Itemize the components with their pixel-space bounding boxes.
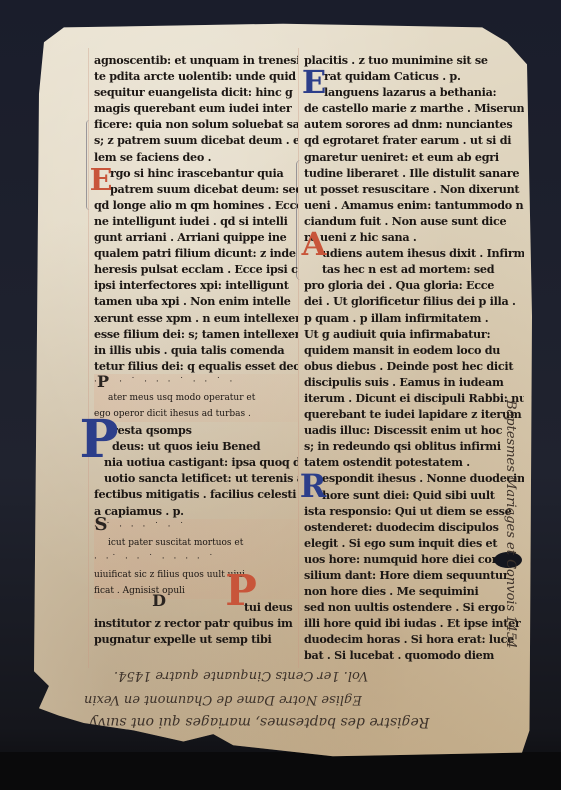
text-line: heresis pulsat ecclam . Ecce ipsi ceci bbox=[94, 261, 298, 277]
initial-E-red: E bbox=[92, 164, 110, 196]
text-line: institutor z rector patr quibus im bbox=[94, 615, 298, 631]
text-line: resta qsomps bbox=[94, 422, 298, 438]
chant-text-line: icut pater suscitat mortuos et bbox=[94, 535, 298, 551]
text-line: placitis . z tuo munimine sit se bbox=[304, 52, 524, 68]
text-line: autem sorores ad dnm: nunciantes bbox=[304, 116, 524, 132]
text-line: esse filium dei: s; tamen intellexerunt bbox=[94, 326, 298, 342]
text-line: s; in redeundo qsi oblitus infirmi bbox=[304, 438, 524, 454]
chant-text-line: ficat . Agnisist opuli bbox=[94, 583, 298, 599]
chant-text-line: ater meus usq modo operatur et bbox=[94, 390, 298, 406]
text-line: discipulis suis . Eamus in iudeam bbox=[304, 374, 524, 390]
text-line: languens lazarus a bethania: bbox=[304, 84, 524, 100]
initial-P-neume: P bbox=[96, 372, 110, 390]
text-line: qualem patri filium dicunt: z inde bbox=[94, 245, 298, 261]
left-text-column: agnoscentib: et unquam in trenesi me te … bbox=[94, 52, 298, 647]
text-line: quidem mansit in eodem loco du bbox=[304, 342, 524, 358]
text-line: udiens autem ihesus dixit . Infirmi bbox=[304, 245, 524, 261]
text-line: re ueni z hic sana . bbox=[304, 229, 524, 245]
text-line: tas hec n est ad mortem: sed bbox=[304, 261, 524, 277]
text-line: lem se faciens deo . bbox=[94, 149, 298, 165]
text-line: illi hore quid ibi iudas . Et ipse inter bbox=[304, 615, 524, 631]
text-line: non hore dies . Me sequimini bbox=[304, 583, 524, 599]
chant-text-line: uiuificat sic z filius quos uult uiui bbox=[94, 567, 298, 583]
text-line: tetur filius dei: q equalis esset deo . bbox=[94, 358, 298, 374]
text-line: ne intelligunt iudei . qd si intelli bbox=[94, 213, 298, 229]
text-line: tamen uba xpi . Non enim intelle bbox=[94, 293, 298, 309]
text-line: rgo si hinc irascebantur quia bbox=[94, 165, 298, 181]
initial-R-blue: R bbox=[302, 470, 324, 502]
text-line: xerunt esse xpm . n eum intellexerunt bbox=[94, 310, 298, 326]
text-line: gnaretur ueniret: et eum ab egri bbox=[304, 149, 524, 165]
initial-D-ornamental: D bbox=[149, 590, 169, 610]
text-line: obus diebus . Deinde post hec dicit bbox=[304, 358, 524, 374]
text-line: p quam . p illam infirmitatem . bbox=[304, 310, 524, 326]
text-line: de castello marie z marthe . Miserunt bbox=[304, 100, 524, 116]
neume-staff: · ˙ · ˙ · · · ˙ · · ˙ · bbox=[94, 374, 298, 390]
right-text-column: placitis . z tuo munimine sit se rat qui… bbox=[304, 52, 524, 664]
text-line: ciandum fuit . Non ause sunt dice bbox=[304, 213, 524, 229]
text-line: uadis illuc: Discessit enim ut hoc bbox=[304, 422, 524, 438]
text-line: uos hore: numquid hore diei con bbox=[304, 551, 524, 567]
text-line: pro gloria dei . Qua gloria: Ecce bbox=[304, 277, 524, 293]
text-line: sed non uultis ostendere . Si ergo bbox=[304, 599, 524, 615]
inscription-right-margin: Baptesmes Mariages et Convois 1454 bbox=[503, 400, 518, 648]
chant-text-line: ego operor dicit ihesus ad turbas . bbox=[94, 406, 298, 422]
floor-shadow bbox=[0, 752, 561, 790]
text-line: gunt arriani . Arriani quippe ine bbox=[94, 229, 298, 245]
text-line: te pdita arcte uolentib: unde quid bbox=[94, 68, 298, 84]
text-line: tudine liberaret . Ille distulit sanare bbox=[304, 165, 524, 181]
text-line: tatem ostendit potestatem . bbox=[304, 454, 524, 470]
text-line: qd egrotaret frater earum . ut si di bbox=[304, 132, 524, 148]
text-line: agnoscentib: et unquam in trenesi me bbox=[94, 52, 298, 68]
text-line: hore sunt diei: Quid sibi uult bbox=[304, 487, 524, 503]
initial-A-red: A bbox=[304, 228, 324, 260]
parchment-leaf: agnoscentib: et unquam in trenesi me te … bbox=[34, 20, 532, 760]
text-line: ostenderet: duodecim discipulos bbox=[304, 519, 524, 535]
text-line: silium dant: Hore diem sequuntur bbox=[304, 567, 524, 583]
text-line: elegit . Si ego sum inquit dies et bbox=[304, 535, 524, 551]
text-line: espondit ihesus . Nonne duodecim bbox=[304, 470, 524, 486]
text-line: rat quidam Caticus . p. bbox=[304, 68, 524, 84]
text-line: a capiamus . p. bbox=[94, 503, 298, 519]
text-line: ipsi interfectores xpi: intelligunt bbox=[94, 277, 298, 293]
text-line: dei . Ut glorificetur filius dei p illa … bbox=[304, 293, 524, 309]
text-line: Ut g audiuit quia infirmabatur: bbox=[304, 326, 524, 342]
text-line: duodecim horas . Si hora erat: luce bbox=[304, 631, 524, 647]
text-line: ueni . Amamus enim: tantummodo n bbox=[304, 197, 524, 213]
text-line: bat . Si lucebat . quomodo diem bbox=[304, 647, 524, 663]
text-line: iterum . Dicunt ei discipuli Rabbi: nunc bbox=[304, 390, 524, 406]
text-line: tui deus bbox=[94, 599, 298, 615]
initial-S-blue: S bbox=[94, 514, 108, 534]
text-line: sequitur euangelista dicit: hinc g bbox=[94, 84, 298, 100]
neume-staff: · ·˙ · · ˙ · · · · ˙ bbox=[94, 551, 298, 567]
neume-staff: · ˙ · · · ˙ · ˙ bbox=[94, 519, 298, 535]
initial-P-blue: P bbox=[86, 412, 112, 466]
text-line: uotio sancta letificet: ut terenis af bbox=[94, 470, 298, 486]
text-line: querebant te iudei lapidare z iterum bbox=[304, 406, 524, 422]
text-line: patrem suum dicebat deum: sed bbox=[94, 181, 298, 197]
text-line: in illis ubis . quia talis comenda bbox=[94, 342, 298, 358]
inscription-line-3: Registre des baptesmes, mariages qui ont… bbox=[90, 714, 429, 730]
text-line: fectibus mitigatis . facilius celesti bbox=[94, 486, 298, 502]
inscription-line-1: Vol. 1er Cents Cinquante quatre 1454. bbox=[114, 668, 368, 683]
inscription-line-2: Eglise Notre Dame de Chaumont en Vexin bbox=[84, 692, 362, 707]
text-line: deus: ut quos ieiu Bened bbox=[94, 438, 298, 454]
text-line: qd longe alio m qm homines . Ecce bbox=[94, 197, 298, 213]
column-ruling-middle bbox=[298, 48, 299, 668]
text-line: ut posset resuscitare . Non dixerunt bbox=[304, 181, 524, 197]
text-line: s; z patrem suum dicebat deum . equa bbox=[94, 132, 298, 148]
text-line: pugnatur expelle ut semp tibi bbox=[94, 631, 298, 647]
initial-P-red: P bbox=[230, 568, 252, 612]
initial-E-blue: E bbox=[304, 66, 324, 98]
text-line: nia uotiua castigant: ipsa quoq de bbox=[94, 454, 298, 470]
text-line: ista responsio: Qui ut diem se esse bbox=[304, 503, 524, 519]
text-line: magis querebant eum iudei inter bbox=[94, 100, 298, 116]
text-line: ficere: quia non solum soluebat sabbm: bbox=[94, 116, 298, 132]
